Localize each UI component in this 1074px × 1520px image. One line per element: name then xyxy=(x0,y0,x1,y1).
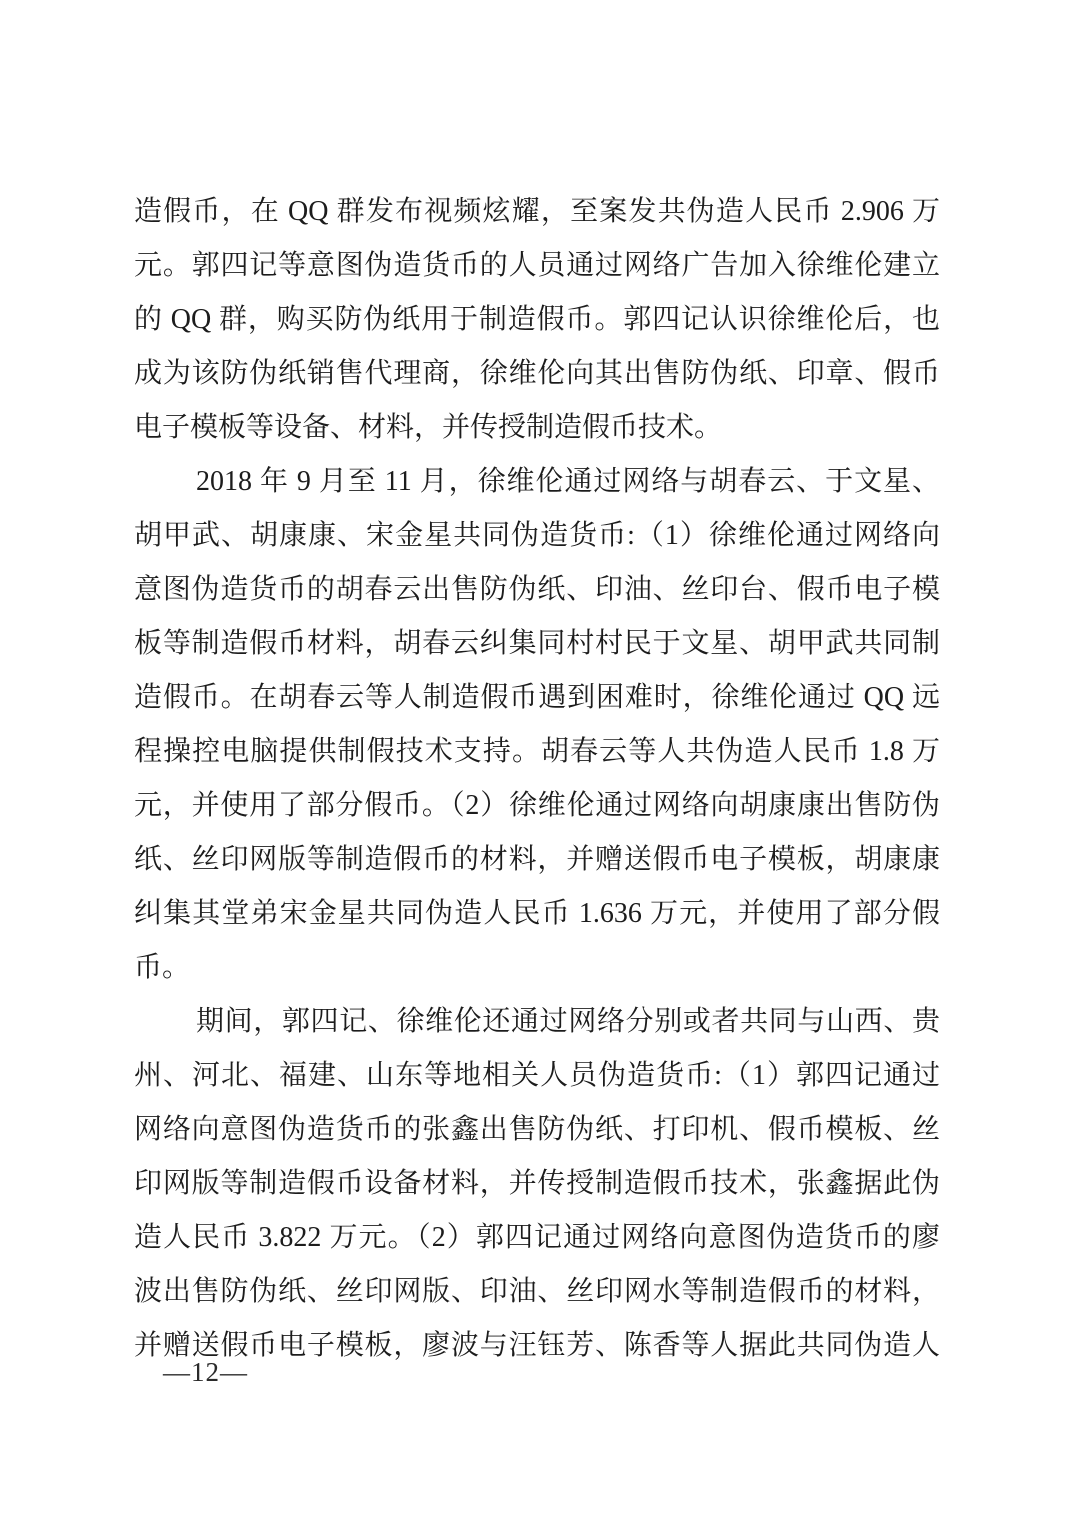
text-line: 纸、丝印网版等制造假币的材料，并赠送假币电子模板，胡康康 xyxy=(134,833,940,887)
text-line: 元，并使用了部分假币。（2）徐维伦通过网络向胡康康出售防伪 xyxy=(134,779,940,833)
text-line: 意图伪造货币的胡春云出售防伪纸、印油、丝印台、假币电子模 xyxy=(134,563,940,617)
text-line: 网络向意图伪造货币的张鑫出售防伪纸、打印机、假币模板、丝 xyxy=(134,1103,940,1157)
text-line: 造假币。在胡春云等人制造假币遇到困难时，徐维伦通过 QQ 远 xyxy=(134,671,940,725)
text-line: 币。 xyxy=(134,941,940,995)
text-line: 造假币，在 QQ 群发布视频炫耀，至案发共伪造人民币 2.906 万 xyxy=(134,185,940,239)
text-line: 元。郭四记等意图伪造货币的人员通过网络广告加入徐维伦建立 xyxy=(134,239,940,293)
text-line: 电子模板等设备、材料，并传授制造假币技术。 xyxy=(134,401,940,455)
text-line: 的 QQ 群，购买防伪纸用于制造假币。郭四记认识徐维伦后，也 xyxy=(134,293,940,347)
text-line: 程操控电脑提供制假技术支持。胡春云等人共伪造人民币 1.8 万 xyxy=(134,725,940,779)
text-line: 板等制造假币材料，胡春云纠集同村村民于文星、胡甲武共同制 xyxy=(134,617,940,671)
text-line: 期间，郭四记、徐维伦还通过网络分别或者共同与山西、贵 xyxy=(134,995,940,1049)
text-line: 2018 年 9 月至 11 月，徐维伦通过网络与胡春云、于文星、 xyxy=(134,455,940,509)
text-line: 州、河北、福建、山东等地相关人员伪造货币:（1）郭四记通过 xyxy=(134,1049,940,1103)
body-text: 造假币，在 QQ 群发布视频炫耀，至案发共伪造人民币 2.906 万 元。郭四记… xyxy=(134,185,940,1373)
text-line: 造人民币 3.822 万元。（2）郭四记通过网络向意图伪造货币的廖 xyxy=(134,1211,940,1265)
text-line: 波出售防伪纸、丝印网版、印油、丝印网水等制造假币的材料， xyxy=(134,1265,940,1319)
text-line: 印网版等制造假币设备材料，并传授制造假币技术，张鑫据此伪 xyxy=(134,1157,940,1211)
text-line: 纠集其堂弟宋金星共同伪造人民币 1.636 万元，并使用了部分假 xyxy=(134,887,940,941)
document-page: 造假币，在 QQ 群发布视频炫耀，至案发共伪造人民币 2.906 万 元。郭四记… xyxy=(0,0,1074,1520)
text-line: 成为该防伪纸销售代理商，徐维伦向其出售防伪纸、印章、假币 xyxy=(134,347,940,401)
text-line: 胡甲武、胡康康、宋金星共同伪造货币:（1）徐维伦通过网络向 xyxy=(134,509,940,563)
page-number: —12— xyxy=(163,1356,248,1388)
text-line: 并赠送假币电子模板，廖波与汪钰芳、陈香等人据此共同伪造人 xyxy=(134,1319,940,1373)
